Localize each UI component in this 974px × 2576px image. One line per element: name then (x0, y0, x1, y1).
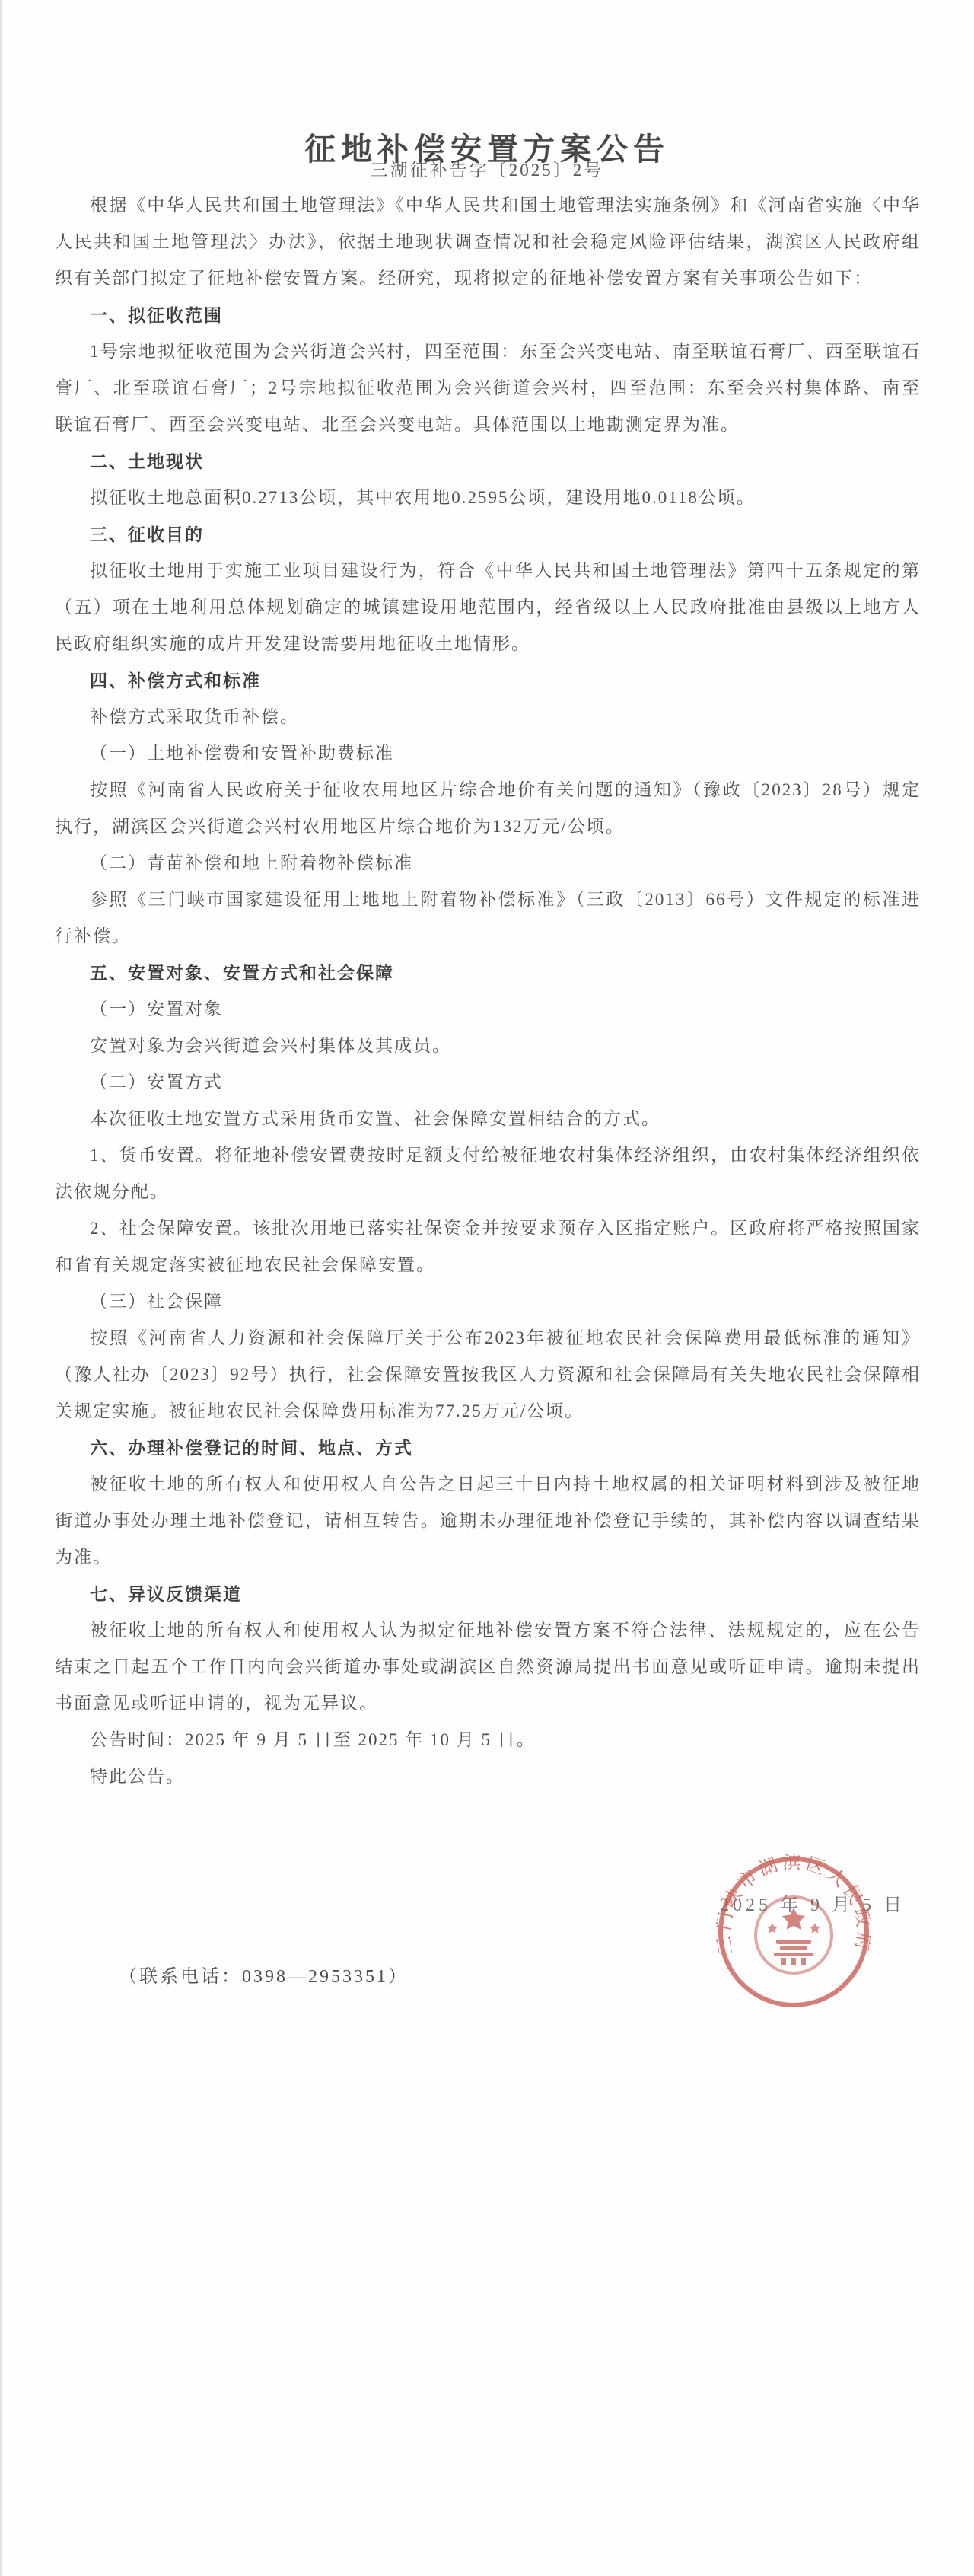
paragraph: 补偿方式采取货币补偿。 (55, 699, 921, 735)
paragraph: 本次征收土地安置方式采用货币安置、社会保障安置相结合的方式。 (55, 1101, 921, 1137)
paragraph: 根据《中华人民共和国土地管理法》《中华人民共和国土地管理法实施条例》和《河南省实… (55, 187, 921, 297)
paragraph: 特此公告。 (55, 1758, 921, 1795)
document-body: 根据《中华人民共和国土地管理法》《中华人民共和国土地管理法实施条例》和《河南省实… (55, 187, 921, 1795)
paragraph: 安置对象为会兴街道会兴村集体及其成员。 (55, 1028, 921, 1064)
section-heading: 一、拟征收范围 (55, 297, 921, 333)
section-heading: 六、办理补偿登记的时间、地点、方式 (55, 1430, 921, 1466)
section-heading: 五、安置对象、安置方式和社会保障 (55, 955, 921, 991)
paragraph: 被征收土地的所有权人和使用权人自公告之日起三十日内持土地权属的相关证明材料到涉及… (55, 1466, 921, 1576)
paragraph: 拟征收土地用于实施工业项目建设行为，符合《中华人民共和国土地管理法》第四十五条规… (55, 553, 921, 662)
official-seal: 三门峡市湖滨区人民政府 (716, 1854, 871, 2010)
paragraph: （三）社会保障 (55, 1283, 921, 1320)
section-heading: 二、土地现状 (55, 443, 921, 480)
government-seal-icon: 三门峡市湖滨区人民政府 (716, 1854, 871, 2010)
paragraph: （一）土地补偿费和安置补助费标准 (55, 735, 921, 772)
paragraph: （二）安置方式 (55, 1064, 921, 1101)
document-number: 三湖征补告字〔2025〕2号 (0, 156, 974, 181)
scan-edge-line (0, 0, 2, 2576)
paragraph: 按照《河南省人力资源和社会保障厅关于公布2023年被征地农民社会保障费用最低标准… (55, 1320, 921, 1430)
paragraph: 被征收土地的所有权人和使用权人认为拟定征地补偿安置方案不符合法律、法规规定的，应… (55, 1612, 921, 1722)
paragraph: 拟征收土地总面积0.2713公顷，其中农用地0.2595公顷，建设用地0.011… (55, 480, 921, 516)
section-heading: 七、异议反馈渠道 (55, 1576, 921, 1612)
paragraph: （一）安置对象 (55, 991, 921, 1028)
paragraph: （二）青苗补偿和地上附着物补偿标准 (55, 845, 921, 882)
section-heading: 三、征收目的 (55, 516, 921, 553)
paragraph: 1、货币安置。将征地补偿安置费按时足额支付给被征地农村集体经济组织，由农村集体经… (55, 1137, 921, 1210)
paragraph: 公告时间：2025 年 9 月 5 日至 2025 年 10 月 5 日。 (55, 1722, 921, 1758)
paragraph: 2、社会保障安置。该批次用地已落实社保资金并按要求预存入区指定账户。区政府将严格… (55, 1210, 921, 1283)
contact-phone: （联系电话：0398—2953351） (119, 1961, 409, 1988)
national-emblem-icon (756, 1897, 832, 1973)
paragraph: 1号宗地拟征收范围为会兴街道会兴村，四至范围：东至会兴变电站、南至联谊石膏厂、西… (55, 333, 921, 443)
paragraph: 按照《河南省人民政府关于征收农用地区片综合地价有关问题的通知》（豫政〔2023〕… (55, 772, 921, 845)
document-page: 征地补偿安置方案公告 三湖征补告字〔2025〕2号 根据《中华人民共和国土地管理… (0, 0, 974, 2576)
section-heading: 四、补偿方式和标准 (55, 662, 921, 699)
paragraph: 参照《三门峡市国家建设征用土地地上附着物补偿标准》（三政〔2013〕66号）文件… (55, 882, 921, 955)
